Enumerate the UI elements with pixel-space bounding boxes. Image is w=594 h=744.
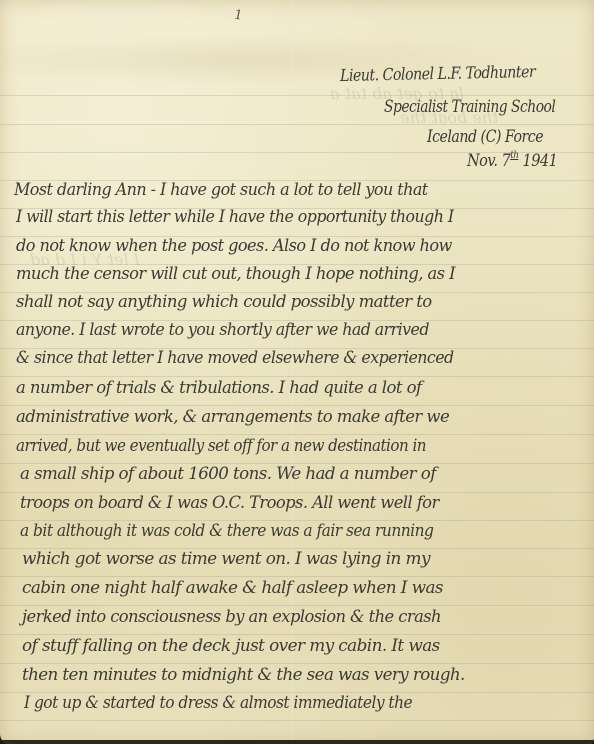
letter-line: much the censor will cut out, though I h… bbox=[16, 264, 455, 284]
letter-line: jerked into consciousness by an explosio… bbox=[22, 607, 441, 627]
letter-line: cabin one night half awake & half asleep… bbox=[22, 578, 443, 598]
letter-line: administrative work, & arrangements to m… bbox=[16, 407, 449, 427]
letter-line: do not know when the post goes. Also I d… bbox=[16, 236, 452, 256]
date-year: 1941 bbox=[522, 151, 557, 170]
letter-page: la to get ab tat a the boat the I let Y … bbox=[0, 0, 594, 744]
ruled-line bbox=[0, 405, 594, 406]
date-prefix: Nov. 7 bbox=[467, 151, 510, 170]
letter-line: troops on board & I was O.C. Troops. All… bbox=[20, 493, 439, 513]
letter-date: Nov. 7th 1941 bbox=[467, 150, 557, 170]
ruled-line bbox=[0, 95, 594, 96]
letter-line: I got up & started to dress & almost imm… bbox=[24, 693, 412, 713]
letter-line: & since that letter I have moved elsewhe… bbox=[16, 348, 454, 368]
ruled-line bbox=[0, 605, 594, 606]
letter-line: a bit although it was cold & there was a… bbox=[20, 521, 433, 541]
ruled-line bbox=[0, 124, 594, 125]
letter-line: arrived, but we eventually set off for a… bbox=[16, 436, 426, 456]
ruled-line bbox=[0, 376, 594, 377]
letter-line: of stuff falling on the deck just over m… bbox=[22, 636, 440, 656]
letter-line: Most darling Ann - I have got such a lot… bbox=[14, 180, 428, 200]
ruled-line bbox=[0, 634, 594, 635]
letter-line: which got worse as time went on. I was l… bbox=[22, 549, 430, 569]
sender-unit: Specialist Training School bbox=[384, 97, 555, 116]
letter-line: a number of trials & tribulations. I had… bbox=[16, 378, 421, 398]
letter-line: then ten minutes to midnight & the sea w… bbox=[22, 665, 465, 685]
date-suffix: th bbox=[510, 150, 518, 161]
scan-edge bbox=[0, 740, 594, 744]
sender-name: Lieut. Colonel L.F. Todhunter bbox=[340, 62, 535, 85]
letter-line: I will start this letter while I have th… bbox=[16, 207, 454, 227]
letter-line: a small ship of about 1600 tons. We had … bbox=[20, 464, 436, 484]
ruled-line bbox=[0, 720, 594, 721]
letter-line: shall not say anything which could possi… bbox=[16, 292, 432, 312]
page-number: 1 bbox=[233, 7, 244, 23]
ruled-line bbox=[0, 663, 594, 664]
letter-line: anyone. I last wrote to you shortly afte… bbox=[16, 320, 429, 340]
ruled-line bbox=[0, 434, 594, 435]
ruled-line bbox=[0, 576, 594, 577]
sender-location: Iceland (C) Force bbox=[427, 127, 543, 146]
paper-fold bbox=[292, 0, 294, 744]
